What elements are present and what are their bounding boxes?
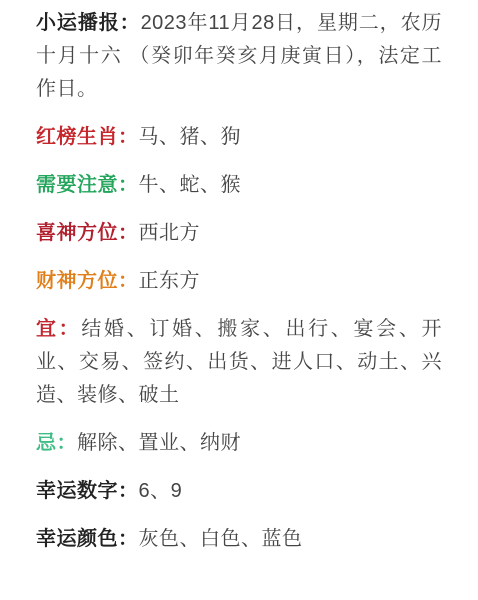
section-label: 幸运颜色： xyxy=(36,528,139,550)
section-label: 财神方位： xyxy=(36,270,139,292)
section-value: 6、9 xyxy=(139,480,183,502)
section-value: 牛、蛇、猴 xyxy=(139,174,242,196)
intro-label: 小运播报： xyxy=(36,12,141,34)
section-lucky-numbers: 幸运数字：6、9 xyxy=(36,475,442,508)
section-label: 需要注意： xyxy=(36,174,139,196)
section-value: 灰色、白色、蓝色 xyxy=(139,528,303,550)
section-need-attention: 需要注意：牛、蛇、猴 xyxy=(36,169,442,202)
intro-paragraph: 小运播报：2023年11月28日，星期二，农历十月十六 （癸卯年癸亥月庚寅日），… xyxy=(36,7,442,106)
section-value: 结婚、订婚、搬家、出行、宴会、开业、交易、签约、出货、进人口、动土、兴造、装修、… xyxy=(36,318,442,406)
section-value: 马、猪、狗 xyxy=(139,126,242,148)
section-value: 西北方 xyxy=(139,222,201,244)
section-label: 忌： xyxy=(36,432,77,454)
section-label: 幸运数字： xyxy=(36,480,139,502)
section-cai-shen-direction: 财神方位：正东方 xyxy=(36,265,442,298)
almanac-article: 小运播报：2023年11月28日，星期二，农历十月十六 （癸卯年癸亥月庚寅日），… xyxy=(0,0,478,556)
section-lucky-colors: 幸运颜色：灰色、白色、蓝色 xyxy=(36,523,442,556)
section-label: 喜神方位： xyxy=(36,222,139,244)
section-label: 宜： xyxy=(36,318,81,340)
section-suitable: 宜：结婚、订婚、搬家、出行、宴会、开业、交易、签约、出货、进人口、动土、兴造、装… xyxy=(36,313,442,412)
section-red-list-zodiac: 红榜生肖：马、猪、狗 xyxy=(36,121,442,154)
section-value: 正东方 xyxy=(139,270,201,292)
section-label: 红榜生肖： xyxy=(36,126,139,148)
section-xi-shen-direction: 喜神方位：西北方 xyxy=(36,217,442,250)
section-avoid: 忌：解除、置业、纳财 xyxy=(36,427,442,460)
section-value: 解除、置业、纳财 xyxy=(77,432,241,454)
